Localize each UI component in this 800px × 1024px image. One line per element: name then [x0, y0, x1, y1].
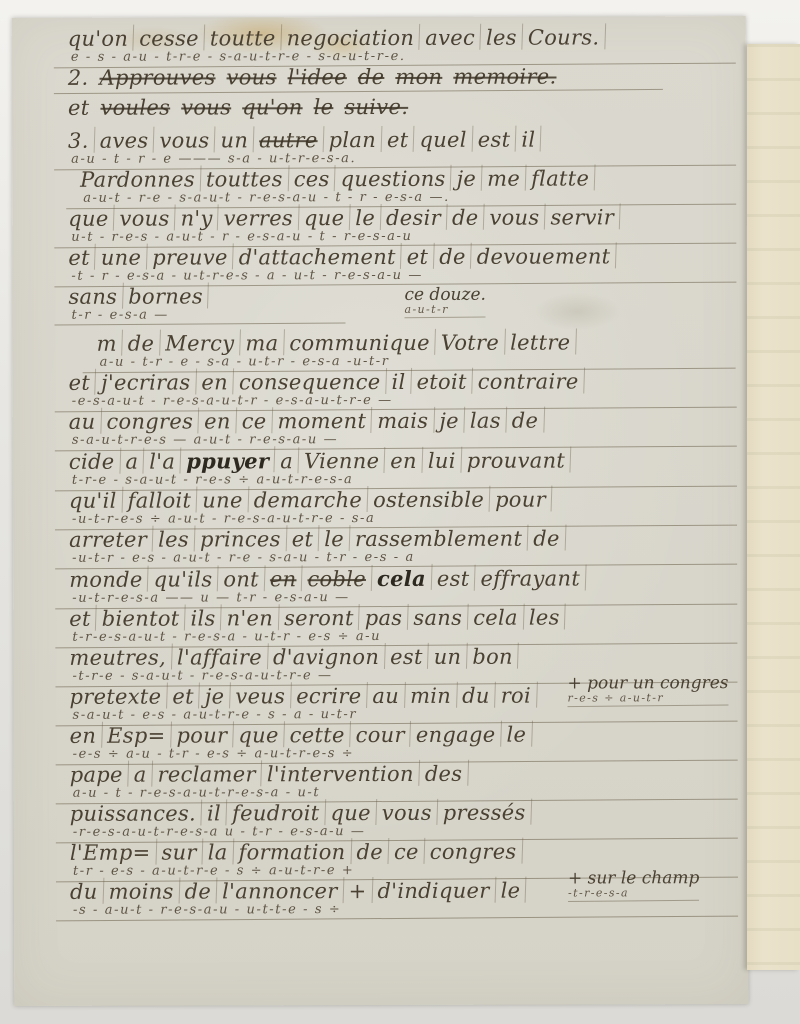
word: en — [270, 568, 297, 591]
margin-note-cipher: r-e-s ÷ a-u-t-r — [567, 692, 728, 703]
word: cela — [473, 607, 518, 630]
word: plan — [329, 129, 376, 152]
word: sans — [413, 607, 462, 630]
word: ils — [190, 607, 215, 630]
word: coble — [307, 568, 366, 591]
word: de — [185, 880, 212, 903]
line-text: etj'ecrirasenconsequenceiletoitcontraire — [69, 370, 731, 395]
word: questions — [341, 168, 446, 191]
word: au — [69, 411, 96, 434]
word: et — [292, 528, 314, 551]
word: bon — [472, 646, 513, 669]
word: je — [457, 168, 477, 191]
word: formation — [239, 841, 346, 864]
line-text: arreterlesprincesetlerassemblementde — [69, 527, 731, 552]
word: d'avignon — [273, 646, 379, 669]
word: lettre — [510, 332, 570, 355]
word: ppuyer — [186, 449, 269, 472]
word: et — [387, 129, 409, 152]
line-text: etvoulesvousqu'onlesuive. — [68, 95, 730, 120]
word: et — [69, 608, 91, 631]
manuscript-line: dumoinsdel'annoncer+d'indiquerle-s - a-u… — [70, 879, 732, 920]
word: d'indiquer — [377, 880, 489, 903]
word: ce — [242, 410, 267, 433]
word: a — [134, 764, 147, 787]
margin-note: + sur le champ-t-r-e-s-a — [568, 869, 699, 901]
word: cesse — [139, 27, 199, 50]
word: toutte — [210, 27, 276, 50]
word: cour — [356, 724, 405, 747]
word: il — [207, 802, 221, 825]
word: et — [407, 246, 429, 269]
word: le — [501, 880, 521, 903]
word: Pardonnes — [80, 168, 195, 191]
word: est — [390, 646, 423, 669]
line-text: cideal'appuyeraVienneenluiprouvant — [69, 448, 731, 474]
cipher-key-row: -t - r - e-s-a - u-t-r-e-s - a - u-t - r… — [68, 268, 730, 283]
word: Cours. — [528, 26, 600, 49]
word: prouvant — [467, 450, 565, 473]
word: pour — [176, 724, 227, 747]
word: je — [205, 685, 225, 708]
word: mon — [395, 66, 442, 89]
word: roi — [501, 685, 531, 708]
word: en — [201, 371, 228, 394]
word: pour — [495, 489, 546, 512]
word: des — [425, 763, 463, 786]
word: ce — [394, 841, 419, 864]
word: les — [529, 607, 560, 630]
manuscript-line: mondequ'ilsontencoblecelaesteffrayant-u-… — [69, 566, 731, 608]
word: qu'il — [69, 490, 117, 513]
word: demarche — [254, 489, 363, 512]
word: avec — [425, 27, 475, 50]
word: Esp= — [107, 725, 165, 748]
word: qu'on — [242, 96, 302, 119]
line-text: sansbornes — [68, 284, 730, 309]
word: effrayant — [480, 567, 580, 590]
cipher-key-row: -u-t-r-e-s ÷ a-u-t - r-e-s-a-u-t-r-e - s… — [69, 511, 731, 526]
word: les — [158, 529, 189, 552]
line-text: enEsp=pourquecettecourengagele — [70, 723, 732, 748]
manuscript-line: cideal'appuyeraVienneenluiprouvantt-r-e … — [69, 448, 731, 490]
word: moment — [277, 410, 366, 433]
word: que — [330, 802, 370, 825]
word: autre — [259, 129, 318, 152]
manuscript-line: etj'ecrirasenconsequenceiletoitcontraire… — [69, 370, 731, 411]
manuscript-line: quevousn'yverresqueledesirdevousserviru-… — [68, 206, 730, 247]
word: feudroit — [232, 802, 319, 825]
word: bornes — [128, 285, 203, 308]
line-text: qu'oncessetouttenegociationaveclesCours. — [68, 26, 730, 51]
manuscript-line: qu'oncessetouttenegociationaveclesCours.… — [68, 26, 730, 67]
manuscript-line: papeareclamerl'interventiondesa-u - t - … — [70, 762, 732, 803]
word: en — [204, 410, 231, 433]
word: de — [533, 528, 560, 551]
line-text: Pardonnestouttescesquestionsjemeflatte — [80, 167, 730, 192]
cipher-key-row: -e-s-a-u-t - r-e-s-a-u-t-r - e-s-a-u-t-r… — [69, 393, 731, 408]
word: engage — [416, 724, 496, 747]
word: pretexte — [69, 686, 161, 709]
cipher-key-row: a-u - t - r-e-s-a-u-t-r-e-s-a - u-t — [70, 785, 732, 800]
margin-note: ce douze.a-u-t-r — [404, 286, 486, 318]
line-text: 2.Approuvesvousl'ideedemonmemoire. — [68, 65, 730, 90]
word: meutres, — [69, 647, 166, 670]
word: + — [349, 880, 367, 903]
manuscript-lines: qu'oncessetouttenegociationaveclesCours.… — [68, 26, 732, 920]
line-text: qu'ilfalloitunedemarcheostensiblepour — [69, 488, 731, 513]
line-text: papeareclamerl'interventiondes — [70, 762, 732, 787]
word: vous — [227, 66, 277, 89]
word: l'affaire — [177, 646, 262, 669]
word: que — [238, 724, 278, 747]
manuscript-line: puissances.ilfeudroitquevouspressés-r-e-… — [70, 801, 732, 842]
cipher-key-row: -u-t-r - e-s - a-u-t - r-e - s-a-u - t-r… — [69, 550, 731, 565]
word: vous — [120, 208, 170, 231]
word: reclamer — [158, 763, 256, 786]
word: et — [172, 685, 194, 708]
second-sheet-edge — [747, 44, 800, 970]
line-text: etunepreuved'attachementetdedevouement — [68, 245, 730, 270]
word: verres — [224, 207, 293, 230]
word: devouement — [477, 245, 611, 268]
word: je — [439, 410, 459, 433]
word: le — [355, 207, 375, 230]
manuscript-line: enEsp=pourquecettecourengagele-e-s ÷ a-u… — [70, 723, 732, 764]
word: du — [70, 881, 98, 904]
word: est — [437, 568, 470, 591]
word: cide — [69, 451, 115, 474]
manuscript-line: etunepreuved'attachementetdedevouement-t… — [68, 245, 730, 286]
word: l'a — [149, 451, 175, 474]
word: les — [486, 27, 517, 50]
word: qu'ils — [154, 568, 213, 591]
word: sans — [68, 286, 117, 309]
word: Mercy — [165, 332, 234, 355]
cipher-key-row: t-r-e - s-a-u-t - r-e-s ÷ a-u-t-r-e-s-a — [69, 472, 731, 487]
manuscript-line: pretexteetjeveusecrireaumindurois-a-u-t … — [69, 684, 731, 725]
word: n'en — [227, 607, 274, 630]
word: lui — [428, 450, 456, 473]
word: congres — [106, 410, 193, 433]
word: preuve — [152, 246, 228, 269]
word: contraire — [478, 370, 579, 393]
word: l'intervention — [267, 763, 414, 786]
word: il — [391, 371, 405, 394]
margin-note-cipher: -t-r-e-s-a — [568, 887, 699, 898]
word: falloit — [128, 489, 192, 512]
word: pape — [70, 764, 123, 787]
word: touttes — [206, 168, 283, 191]
cipher-key-row: t-r-e-s-a-u-t - r-e-s-a - u-t-r - e-s ÷ … — [69, 629, 731, 644]
manuscript-line: aucongresencemomentmaisjelasdes-a-u-t-r-… — [69, 409, 731, 450]
word: suive. — [344, 96, 408, 119]
word: a — [280, 450, 293, 473]
word: aves — [100, 130, 149, 153]
line-text: aucongresencemomentmaisjelasde — [69, 409, 731, 434]
word: et — [68, 97, 90, 120]
manuscript-page: qu'oncessetouttenegociationaveclesCours.… — [12, 16, 749, 1006]
word: un — [220, 129, 248, 152]
word: le — [314, 96, 334, 119]
manuscript-line: etvoulesvousqu'onlesuive. — [68, 95, 730, 120]
word: las — [470, 410, 501, 433]
cipher-key-row: a-u - t - r - e ——— s-a - u-t-r-e-s-a. — [68, 151, 730, 166]
word: l'idee — [288, 66, 347, 89]
word: 3. — [68, 130, 89, 153]
manuscript-line: arreterlesprincesetlerassemblementde-u-t… — [69, 527, 731, 568]
margin-note-text: + sur le champ — [568, 869, 699, 887]
word: consequence — [239, 371, 381, 394]
word: cette — [290, 724, 345, 747]
word: est — [478, 129, 511, 152]
word: de — [128, 333, 155, 356]
word: ecrire — [296, 685, 361, 708]
cipher-key-row: u-t - r-e-s - a-u-t - r - e-s-a-u - t - … — [68, 229, 730, 244]
word: de — [452, 207, 479, 230]
word: seront — [284, 607, 354, 630]
word: vous — [159, 129, 209, 152]
word: voules — [100, 97, 170, 120]
word: 2. — [68, 67, 89, 90]
margin-note-text: ce douze. — [404, 286, 486, 304]
cipher-key-row: a-u - t-r - e - s-a - u-t-r - e-s-a -u-t… — [97, 354, 731, 369]
word: le — [324, 528, 344, 551]
word: n'y — [181, 207, 213, 230]
manuscript-line: 2.Approuvesvousl'ideedemonmemoire. — [68, 65, 730, 93]
word: et — [68, 247, 90, 270]
word: princes — [200, 528, 281, 551]
word: veus — [235, 685, 285, 708]
word: sur — [161, 841, 196, 864]
margin-note: + pour un congresr-e-s ÷ a-u-t-r — [567, 674, 728, 706]
cipher-key-row: -r-e-s-a-u-t-r-e-s-a u - t-r - e-s-a-u — — [70, 824, 732, 839]
cipher-key-row: a-u-t - r-e - s-a-u-t - r-e-s-a-u - t - … — [80, 190, 730, 205]
cipher-key-row: s-a-u-t - e-s - a-u-t-r-e - s - a - u-t-… — [70, 707, 732, 722]
cipher-key-row: s-a-u-t-r-e-s — a-u-t - r-e-s-a-u — — [69, 432, 731, 447]
word: arreter — [69, 529, 147, 552]
cipher-key-row: e - s - a-u - t-r-e - s-a-u-t-r-e - s-a-… — [68, 49, 730, 64]
word: et — [69, 372, 91, 395]
word: une — [202, 489, 242, 512]
word: j'ecriras — [101, 371, 190, 394]
word: vous — [382, 802, 432, 825]
word: qu'on — [68, 28, 128, 51]
cipher-key-row: -e-s ÷ a-u - t-r - e-s ÷ a-u-t-r-e-s ÷ — [70, 746, 732, 761]
word: il — [521, 129, 535, 152]
word: l'Emp= — [70, 842, 151, 865]
word: ostensible — [373, 489, 484, 512]
word: en — [70, 725, 97, 748]
margin-note-cipher: a-u-t-r — [404, 304, 486, 315]
word: de — [356, 841, 383, 864]
word: vous — [489, 207, 539, 230]
word: Approuves — [99, 66, 215, 89]
word: memoire. — [453, 66, 556, 89]
word: du — [462, 685, 490, 708]
word: rassemblement — [355, 528, 522, 551]
word: ont — [223, 568, 259, 591]
word: negociation — [287, 27, 415, 50]
word: monde — [69, 569, 143, 592]
word: puissances. — [70, 802, 196, 825]
manuscript-line: 3.avesvousunautreplanetquelestila-u - t … — [68, 128, 730, 169]
line-text: mdeMercymacommuniqueVotrelettre — [97, 331, 731, 356]
word: de — [439, 246, 466, 269]
word: l'annoncer — [222, 880, 338, 903]
word: min — [410, 685, 451, 708]
word: Votre — [441, 332, 499, 355]
word: etoit — [417, 371, 467, 394]
manuscript-line: sansbornest-r - e-s-a —ce douze.a-u-t-r — [68, 284, 730, 325]
word: mais — [377, 410, 428, 433]
word: a — [125, 451, 138, 474]
line-text: l'Emp=surlaformationdececongres — [70, 840, 732, 865]
word: Vienne — [304, 450, 379, 473]
word: flatte — [531, 167, 589, 190]
line-text: puissances.ilfeudroitquevouspressés — [70, 801, 732, 826]
word: de — [512, 410, 539, 433]
word: ces — [294, 168, 330, 191]
word: d'attachement — [239, 246, 396, 269]
word: desir — [386, 207, 441, 230]
line-text: meutres,l'affaired'avignonestunbon — [69, 645, 731, 670]
word: le — [506, 724, 526, 747]
manuscript-line: etbientotilsn'enserontpassanscelalest-r-… — [69, 606, 731, 647]
word: ma — [245, 332, 278, 355]
margin-note-text: + pour un congres — [567, 674, 728, 692]
word: moins — [109, 881, 174, 904]
line-text: quevousn'yverresqueledesirdevousservir — [68, 206, 730, 231]
word: cela — [377, 567, 426, 590]
cipher-key-row: -s - a-u-t - r-e-s-a-u - u-t-t-e - s ÷ — [70, 902, 732, 917]
manuscript-line: Pardonnestouttescesquestionsjemeflattea-… — [80, 167, 730, 208]
word: bientot — [102, 608, 180, 631]
line-text: mondequ'ilsontencoblecelaesteffrayant — [69, 566, 731, 592]
word: que — [68, 208, 108, 231]
cipher-key-row: t-r - e-s-a — — [68, 307, 730, 322]
line-text: etbientotilsn'enserontpassanscelales — [69, 606, 731, 631]
word: en — [390, 450, 417, 473]
word: pressés — [443, 802, 526, 825]
word: une — [101, 247, 141, 270]
word: congres — [430, 841, 517, 864]
word: au — [372, 685, 399, 708]
line-text: 3.avesvousunautreplanetquelestil — [68, 128, 730, 153]
word: de — [358, 66, 385, 89]
word: un — [434, 646, 462, 669]
cipher-key-row: -u-t-r-e-s-a —— u — t-r - e-s-a-u — — [69, 590, 731, 605]
word: la — [208, 841, 228, 864]
word: pas — [365, 607, 403, 630]
manuscript-line: mdeMercymacommuniqueVotrelettrea-u - t-r… — [97, 331, 731, 372]
word: m — [97, 333, 117, 356]
word: servir — [550, 206, 614, 229]
manuscript-line: qu'ilfalloitunedemarcheostensiblepour-u-… — [69, 488, 731, 529]
word: communique — [289, 332, 429, 355]
word: que — [304, 207, 344, 230]
word: me — [487, 168, 520, 191]
word: quel — [419, 129, 466, 152]
word: vous — [181, 96, 231, 119]
